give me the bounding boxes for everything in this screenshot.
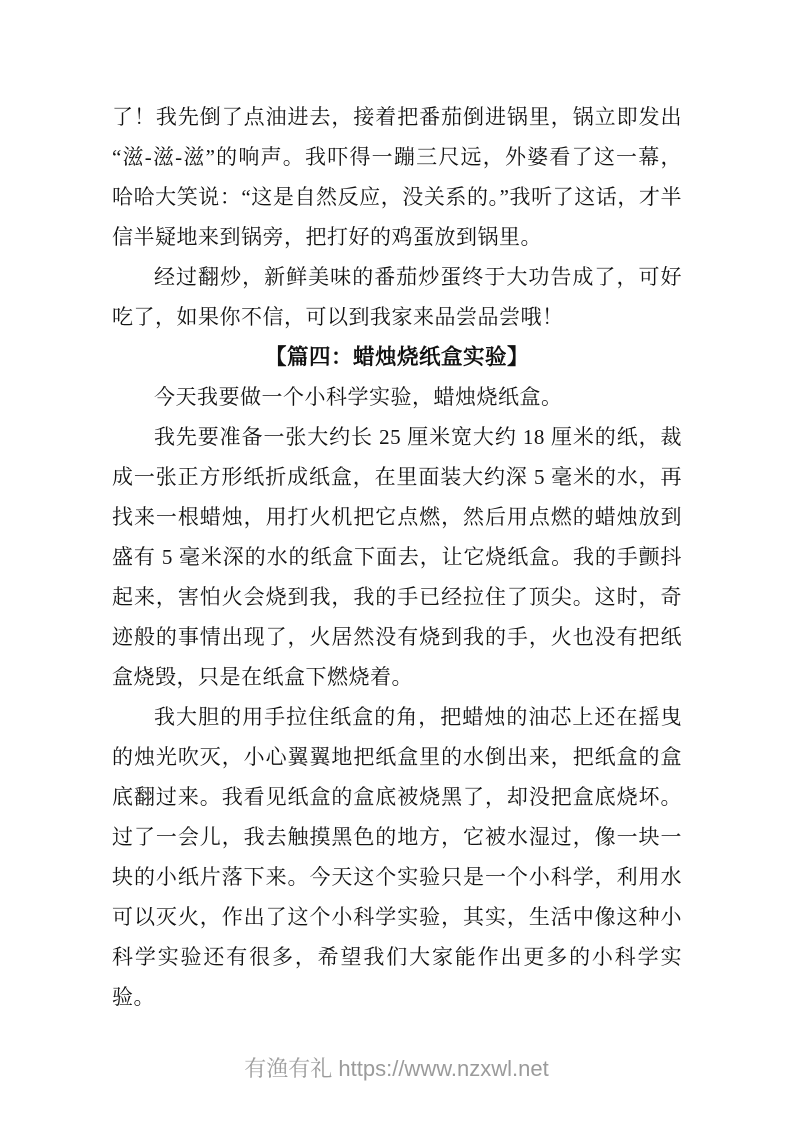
paragraph-tomato-egg-frying: 了！我先倒了点油进去，接着把番茄倒进锅里，锅立即发出“滋-滋-滋”的响声。我吓得… xyxy=(112,97,682,257)
paragraph-experiment-result: 我大胆的用手拉住纸盒的角，把蜡烛的油芯上还在摇曳的烛光吹灭，小心翼翼地把纸盒里的… xyxy=(112,697,682,1017)
paragraph-experiment-intro: 今天我要做一个小科学实验，蜡烛烧纸盒。 xyxy=(112,377,682,417)
document-page: 了！我先倒了点油进去，接着把番茄倒进锅里，锅立即发出“滋-滋-滋”的响声。我吓得… xyxy=(0,0,793,1122)
paragraph-experiment-setup: 我先要准备一张大约长 25 厘米宽大约 18 厘米的纸，裁成一张正方形纸折成纸盒… xyxy=(112,417,682,697)
section-heading-candle-experiment: 【篇四：蜡烛烧纸盒实验】 xyxy=(112,337,682,377)
paragraph-tomato-egg-done: 经过翻炒，新鲜美味的番茄炒蛋终于大功告成了，可好吃了，如果你不信，可以到我家来品… xyxy=(112,257,682,337)
watermark-footer: 有渔有礼 https://www.nzxwl.net xyxy=(0,1052,793,1086)
document-body: 了！我先倒了点油进去，接着把番茄倒进锅里，锅立即发出“滋-滋-滋”的响声。我吓得… xyxy=(112,97,682,1017)
